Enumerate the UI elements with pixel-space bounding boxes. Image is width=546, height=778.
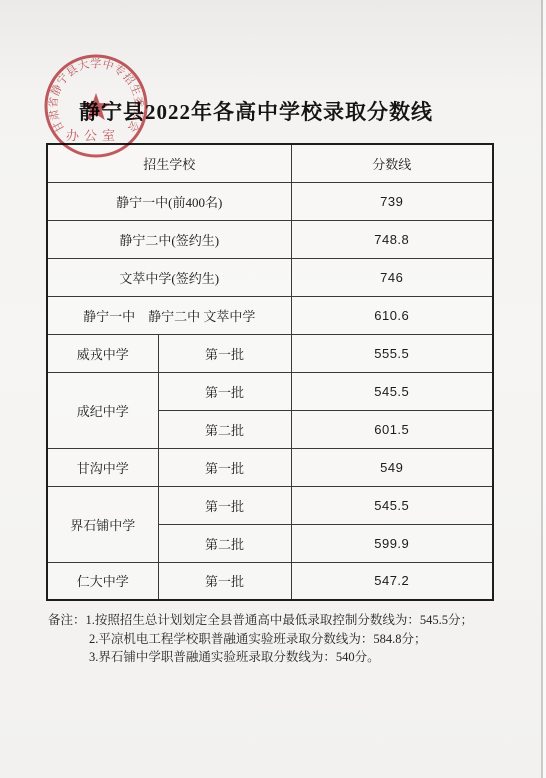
score-cell: 601.5: [291, 410, 493, 448]
school-cell: 静宁二中(签约生): [47, 220, 291, 258]
table-row: 文萃中学(签约生) 746: [47, 258, 493, 296]
score-cell: 746: [291, 258, 493, 296]
batch-cell: 第一批: [158, 562, 291, 600]
table-row: 静宁一中 静宁二中 文萃中学 610.6: [47, 296, 493, 334]
scan-edge-line: [541, 0, 543, 778]
score-cell: 547.2: [291, 562, 493, 600]
batch-cell: 第二批: [158, 410, 291, 448]
table-row: 威戎中学 第一批 555.5: [47, 334, 493, 372]
seal-office-text: 办公室: [66, 128, 120, 143]
batch-cell: 第一批: [158, 486, 291, 524]
document-page: 静宁县2022年各高中学校录取分数线 招生学校 分数线 静宁一中(前400名) …: [0, 0, 546, 778]
score-cell: 545.5: [291, 486, 493, 524]
school-cell: 甘沟中学: [47, 448, 158, 486]
batch-cell: 第一批: [158, 334, 291, 372]
score-cell: 549: [291, 448, 493, 486]
school-cell: 成纪中学: [47, 372, 158, 448]
school-cell: 仁大中学: [47, 562, 158, 600]
score-cell: 739: [291, 182, 493, 220]
table-row: 静宁一中(前400名) 739: [47, 182, 493, 220]
table-row: 静宁二中(签约生) 748.8: [47, 220, 493, 258]
scores-table: 招生学校 分数线 静宁一中(前400名) 739 静宁二中(签约生) 748.8…: [46, 143, 494, 601]
school-cell: 文萃中学(签约生): [47, 258, 291, 296]
note-line: 3.界石铺中学职普融通实验班录取分数线为：540分。: [48, 648, 520, 667]
table-row: 成纪中学 第一批 545.5: [47, 372, 493, 410]
school-cell: 威戎中学: [47, 334, 158, 372]
school-column-header: 招生学校: [47, 144, 291, 182]
school-cell: 界石铺中学: [47, 486, 158, 562]
score-cell: 555.5: [291, 334, 493, 372]
page-title: 静宁县2022年各高中学校录取分数线: [46, 96, 466, 126]
score-cell: 599.9: [291, 524, 493, 562]
school-cell: 静宁一中 静宁二中 文萃中学: [47, 296, 291, 334]
score-cell: 748.8: [291, 220, 493, 258]
school-cell: 静宁一中(前400名): [47, 182, 291, 220]
table-header-row: 招生学校 分数线: [47, 144, 493, 182]
note-line: 备注：1.按照招生总计划划定全县普通高中最低录取控制分数线为：545.5分；: [48, 611, 520, 630]
table-row: 仁大中学 第一批 547.2: [47, 562, 493, 600]
note-line: 2.平凉机电工程学校职普融通实验班录取分数线为：584.8分；: [48, 630, 520, 649]
batch-cell: 第一批: [158, 448, 291, 486]
table-row: 甘沟中学 第一批 549: [47, 448, 493, 486]
batch-cell: 第二批: [158, 524, 291, 562]
score-column-header: 分数线: [291, 144, 493, 182]
batch-cell: 第一批: [158, 372, 291, 410]
score-cell: 545.5: [291, 372, 493, 410]
table-row: 界石铺中学 第一批 545.5: [47, 486, 493, 524]
score-cell: 610.6: [291, 296, 493, 334]
notes: 备注：1.按照招生总计划划定全县普通高中最低录取控制分数线为：545.5分； 2…: [48, 611, 520, 667]
